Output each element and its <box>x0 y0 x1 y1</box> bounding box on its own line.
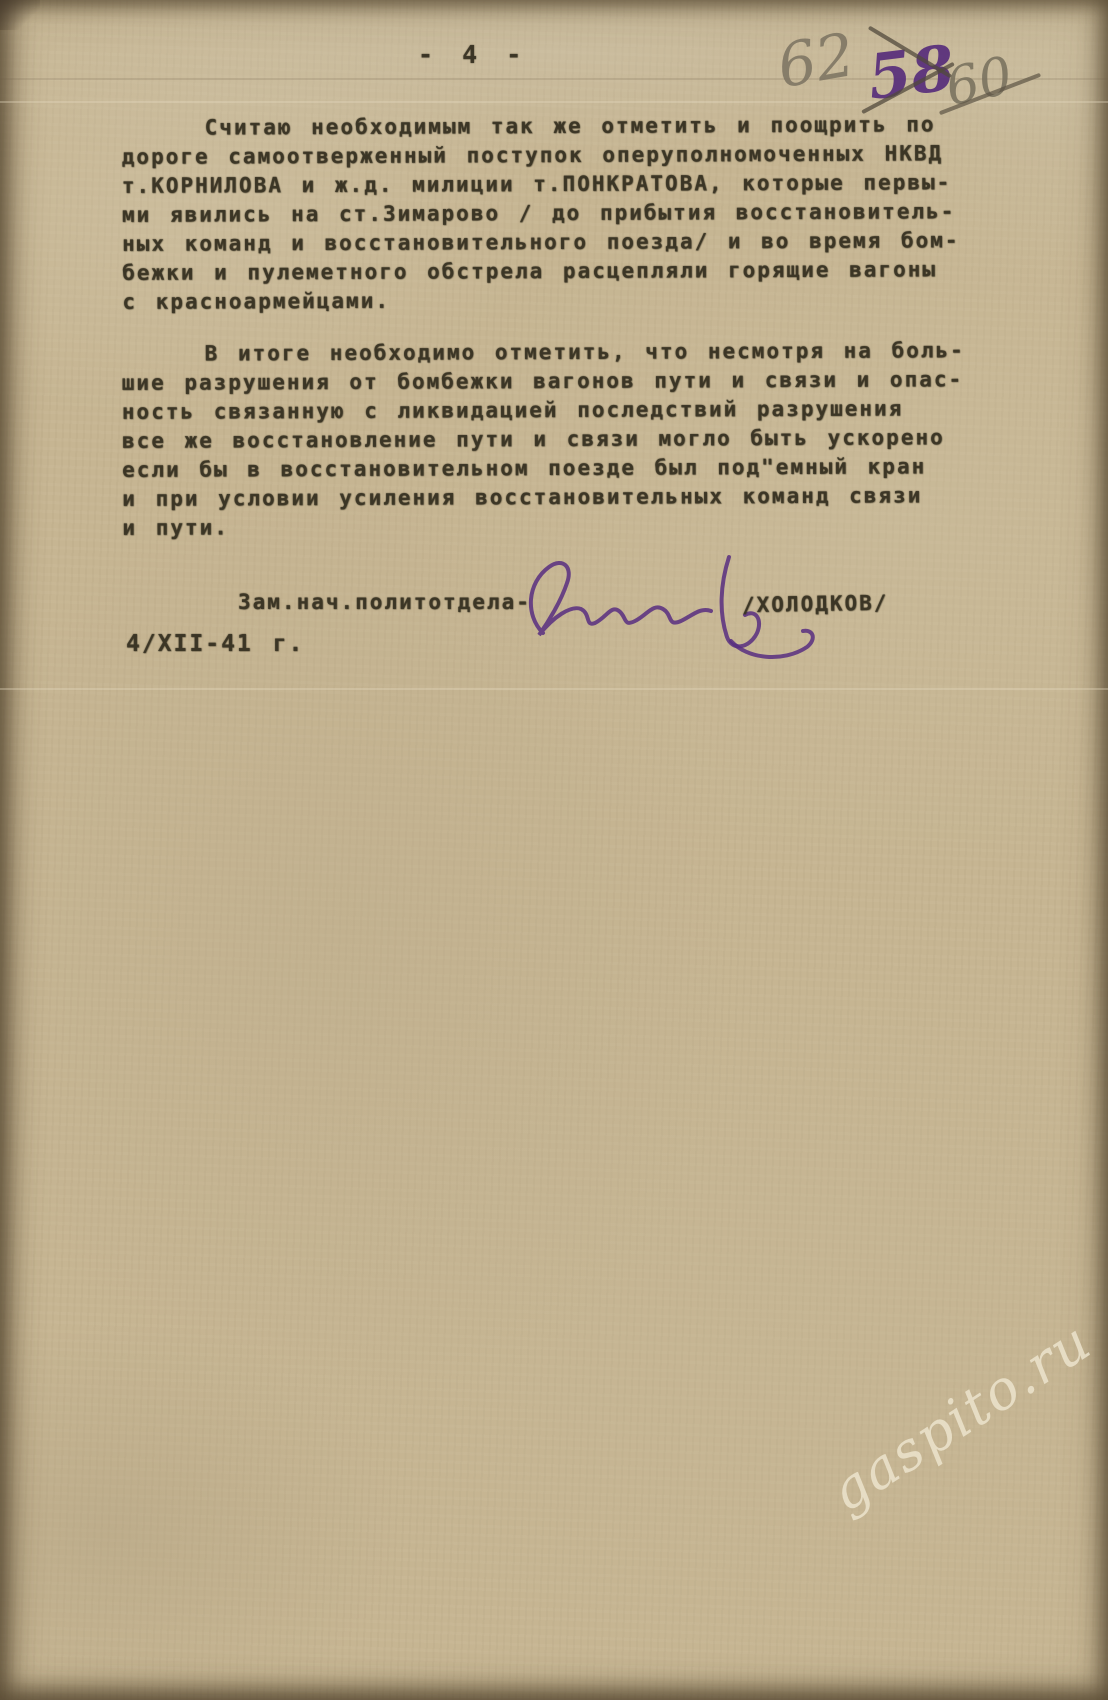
typewritten-line: Считаю необходимым так же отметить и поо… <box>122 110 1002 143</box>
typewritten-line: шие разрушения от бомбежки вагонов пути … <box>122 365 1002 398</box>
archive-watermark: gaspito.ru <box>819 1309 1103 1524</box>
page-number: - 4 - <box>418 40 528 69</box>
scanned-document-page: - 4 - 62 58 60 Считаю необходимым так же… <box>0 0 1108 1700</box>
paragraph-2: В итоге необходимо отметить, что несмотр… <box>122 336 1003 543</box>
signature-typed-name: /ХОЛОДКОВ/ <box>742 589 889 621</box>
typewritten-line: ность связанную с ликвидацией последстви… <box>122 394 1002 427</box>
typewritten-line: все же восстановление пути и связи могло… <box>122 423 1002 456</box>
typewritten-line: бежки и пулеметного обстрела расцепляли … <box>122 255 1002 288</box>
handwritten-folio-number-pencil: 62 <box>773 20 860 102</box>
typewritten-line: В итоге необходимо отметить, что несмотр… <box>122 336 1002 369</box>
typewritten-line: и при условии усиления восстановительных… <box>122 481 1002 514</box>
paper-crease <box>0 688 1108 690</box>
typewritten-line: и пути. <box>122 510 1002 543</box>
typewritten-line: дороге самоотверженный поступок оперупол… <box>122 139 1002 172</box>
typewritten-line: с красноармейцами. <box>122 284 1002 317</box>
scan-corner-shadow <box>0 0 40 30</box>
typewritten-line: ми явились на ст.Зимарово / до прибытия … <box>122 197 1002 230</box>
typewritten-line: если бы в восстановительном поезде был п… <box>122 452 1002 485</box>
document-date: 4/XII-41 г. <box>126 630 304 659</box>
strike-mark <box>868 26 952 79</box>
typewritten-line: т.КОРНИЛОВА и ж.д. милиции т.ПОНКРАТОВА,… <box>122 168 1002 201</box>
typewritten-line: ных команд и восстановительного поезда/ … <box>122 226 1002 259</box>
paper-crease <box>0 101 1108 103</box>
paper-crease <box>0 78 1108 80</box>
strike-mark <box>939 73 1041 115</box>
paragraph-1: Считаю необходимым так же отметить и поо… <box>122 110 1003 317</box>
signature-title: Зам.нач.политотдела- <box>238 588 531 617</box>
